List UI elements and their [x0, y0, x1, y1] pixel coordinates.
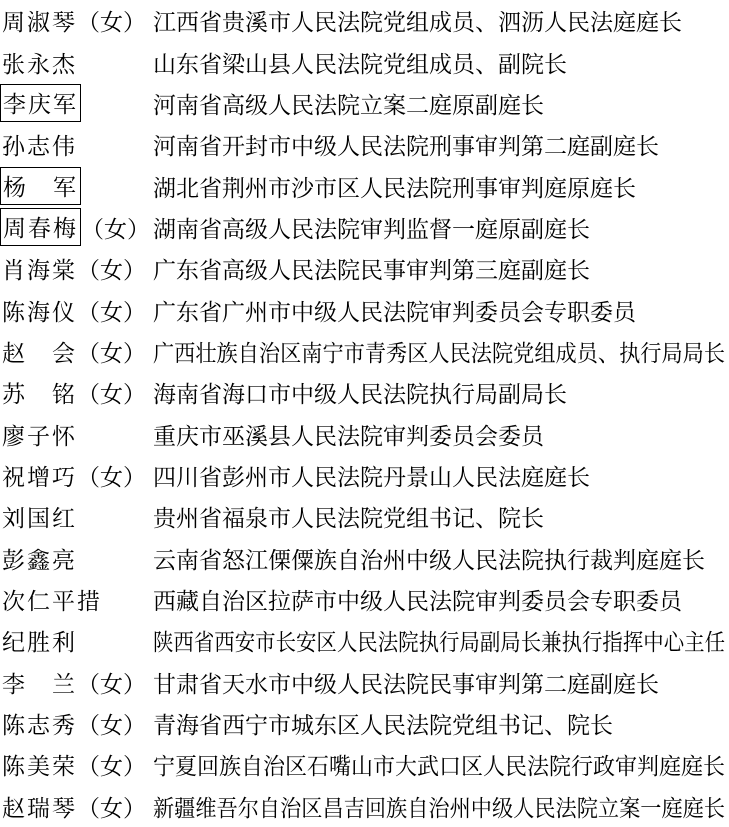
position-column: 广东省高级人民法院民事审判第三庭副庭长: [153, 252, 727, 285]
position-column: 河南省高级人民法院立案二庭原副庭长: [153, 87, 727, 120]
honoree-name: 周春梅: [0, 208, 81, 246]
honoree-name: 陈美荣: [2, 748, 77, 781]
honoree-name: 彭鑫亮: [2, 542, 77, 575]
honoree-position: 云南省怒江傈僳族自治州中级人民法院执行裁判庭庭长: [153, 542, 705, 575]
honoree-row: 肖海棠 （女） 广东省高级人民法院民事审判第三庭副庭长: [0, 248, 729, 289]
position-column: 西藏自治区拉萨市中级人民法院审判委员会专职委员: [153, 583, 727, 616]
name-column: 廖子怀: [0, 418, 153, 451]
honoree-name: 李庆军: [0, 84, 81, 122]
honoree-position: 河南省开封市中级人民法院刑事审判第二庭副庭长: [153, 128, 659, 161]
position-column: 贵州省福泉市人民法院党组书记、院长: [153, 500, 727, 533]
position-column: 海南省海口市中级人民法院执行局副局长: [153, 376, 727, 409]
position-column: 湖北省荆州市沙市区人民法院刑事审判庭原庭长: [153, 170, 727, 203]
honoree-position: 广东省高级人民法院民事审判第三庭副庭长: [153, 252, 590, 285]
name-column: 刘国红: [0, 500, 153, 533]
gender-label: （女）: [77, 707, 146, 740]
honoree-row: 次仁平措 西藏自治区拉萨市中级人民法院审判委员会专职委员: [0, 579, 729, 620]
gender-label: （女）: [81, 211, 150, 244]
honoree-position: 山东省梁山县人民法院党组成员、副院长: [153, 46, 567, 79]
honoree-name: 陈海仪: [2, 294, 77, 327]
name-column: 肖海棠 （女）: [0, 252, 153, 285]
honoree-position: 西藏自治区拉萨市中级人民法院审判委员会专职委员: [153, 583, 682, 616]
honoree-row: 陈海仪 （女） 广东省广州市中级人民法院审判委员会专职委员: [0, 289, 729, 330]
honoree-name: 纪胜利: [2, 624, 77, 657]
honoree-name: 肖海棠: [2, 252, 77, 285]
position-column: 陕西省西安市长安区人民法院执行局副局长兼执行指挥中心主任: [153, 624, 727, 657]
honoree-row: 李庆军 河南省高级人民法院立案二庭原副庭长: [0, 83, 729, 124]
gender-label: （女）: [77, 335, 146, 368]
honoree-row: 刘国红 贵州省福泉市人民法院党组书记、院长: [0, 496, 729, 537]
name-column: 杨 军: [0, 167, 153, 205]
honoree-row: 李 兰 （女） 甘肃省天水市中级人民法院民事审判第二庭副庭长: [0, 662, 729, 703]
position-column: 江西省贵溪市人民法院党组成员、泗沥人民法庭庭长: [153, 4, 727, 37]
honoree-row: 赵瑞琴 （女） 新疆维吾尔自治区昌吉回族自治州中级人民法院立案一庭庭长: [0, 786, 729, 827]
honoree-position: 湖南省高级人民法院审判监督一庭原副庭长: [153, 211, 590, 244]
honoree-row: 纪胜利 陕西省西安市长安区人民法院执行局副局长兼执行指挥中心主任: [0, 620, 729, 661]
honoree-position: 海南省海口市中级人民法院执行局副局长: [153, 376, 567, 409]
honoree-name: 廖子怀: [2, 418, 77, 451]
honoree-position: 江西省贵溪市人民法院党组成员、泗沥人民法庭庭长: [153, 4, 682, 37]
position-column: 广东省广州市中级人民法院审判委员会专职委员: [153, 294, 727, 327]
position-column: 重庆市巫溪县人民法院审判委员会委员: [153, 418, 727, 451]
name-column: 孙志伟: [0, 128, 153, 161]
name-column: 陈海仪 （女）: [0, 294, 153, 327]
name-column: 祝增巧 （女）: [0, 459, 153, 492]
gender-label: （女）: [77, 376, 146, 409]
honoree-position: 贵州省福泉市人民法院党组书记、院长: [153, 500, 544, 533]
position-column: 甘肃省天水市中级人民法院民事审判第二庭副庭长: [153, 666, 727, 699]
honoree-name: 张永杰: [2, 46, 77, 79]
name-column: 纪胜利: [0, 624, 153, 657]
position-column: 青海省西宁市城东区人民法院党组书记、院长: [153, 707, 727, 740]
honoree-row: 陈志秀 （女） 青海省西宁市城东区人民法院党组书记、院长: [0, 703, 729, 744]
honoree-list: 周淑琴 （女） 江西省贵溪市人民法院党组成员、泗沥人民法庭庭长 张永杰 山东省梁…: [0, 0, 729, 827]
honoree-position: 陕西省西安市长安区人民法院执行局副局长兼执行指挥中心主任: [153, 624, 725, 657]
gender-label: （女）: [77, 790, 146, 823]
honoree-row: 杨 军 湖北省荆州市沙市区人民法院刑事审判庭原庭长: [0, 165, 729, 206]
gender-label: （女）: [77, 294, 146, 327]
gender-label: （女）: [77, 666, 146, 699]
name-column: 苏 铭 （女）: [0, 376, 153, 409]
honoree-name: 赵瑞琴: [2, 790, 77, 823]
honoree-position: 新疆维吾尔自治区昌吉回族自治州中级人民法院立案一庭庭长: [153, 790, 725, 823]
name-column: 周淑琴 （女）: [0, 4, 153, 37]
name-column: 赵 会 （女）: [0, 335, 153, 368]
honoree-row: 赵 会 （女） 广西壮族自治区南宁市青秀区人民法院党组成员、执行局局长: [0, 331, 729, 372]
gender-label: （女）: [77, 748, 146, 781]
position-column: 山东省梁山县人民法院党组成员、副院长: [153, 46, 727, 79]
honoree-row: 祝增巧 （女） 四川省彭州市人民法院丹景山人民法庭庭长: [0, 455, 729, 496]
honoree-name: 赵 会: [2, 335, 77, 368]
honoree-row: 陈美荣 （女） 宁夏回族自治区石嘴山市大武口区人民法院行政审判庭庭长: [0, 744, 729, 785]
honoree-position: 甘肃省天水市中级人民法院民事审判第二庭副庭长: [153, 666, 659, 699]
name-column: 次仁平措: [0, 583, 153, 616]
document-page: 周淑琴 （女） 江西省贵溪市人民法院党组成员、泗沥人民法庭庭长 张永杰 山东省梁…: [0, 0, 729, 827]
position-column: 广西壮族自治区南宁市青秀区人民法院党组成员、执行局局长: [153, 335, 727, 368]
name-column: 李庆军: [0, 84, 153, 122]
honoree-name: 次仁平措: [2, 583, 102, 616]
gender-label: （女）: [77, 4, 146, 37]
honoree-position: 河南省高级人民法院立案二庭原副庭长: [153, 87, 544, 120]
honoree-name: 孙志伟: [2, 128, 77, 161]
honoree-row: 彭鑫亮 云南省怒江傈僳族自治州中级人民法院执行裁判庭庭长: [0, 537, 729, 578]
name-column: 周春梅 （女）: [0, 208, 153, 246]
honoree-row: 张永杰 山东省梁山县人民法院党组成员、副院长: [0, 41, 729, 82]
honoree-name: 杨 军: [0, 167, 81, 205]
honoree-row: 苏 铭 （女） 海南省海口市中级人民法院执行局副局长: [0, 372, 729, 413]
honoree-position: 青海省西宁市城东区人民法院党组书记、院长: [153, 707, 613, 740]
honoree-row: 孙志伟 河南省开封市中级人民法院刑事审判第二庭副庭长: [0, 124, 729, 165]
position-column: 宁夏回族自治区石嘴山市大武口区人民法院行政审判庭庭长: [153, 748, 727, 781]
position-column: 湖南省高级人民法院审判监督一庭原副庭长: [153, 211, 727, 244]
gender-label: （女）: [77, 459, 146, 492]
honoree-name: 陈志秀: [2, 707, 77, 740]
honoree-name: 祝增巧: [2, 459, 77, 492]
honoree-position: 宁夏回族自治区石嘴山市大武口区人民法院行政审判庭庭长: [153, 748, 725, 781]
name-column: 赵瑞琴 （女）: [0, 790, 153, 823]
honoree-position: 广西壮族自治区南宁市青秀区人民法院党组成员、执行局局长: [153, 335, 725, 368]
honoree-name: 李 兰: [2, 666, 77, 699]
name-column: 陈志秀 （女）: [0, 707, 153, 740]
honoree-position: 广东省广州市中级人民法院审判委员会专职委员: [153, 294, 636, 327]
honoree-row: 周淑琴 （女） 江西省贵溪市人民法院党组成员、泗沥人民法庭庭长: [0, 0, 729, 41]
name-column: 张永杰: [0, 46, 153, 79]
name-column: 彭鑫亮: [0, 542, 153, 575]
position-column: 四川省彭州市人民法院丹景山人民法庭庭长: [153, 459, 727, 492]
honoree-name: 苏 铭: [2, 376, 77, 409]
name-column: 陈美荣 （女）: [0, 748, 153, 781]
honoree-name: 刘国红: [2, 500, 77, 533]
position-column: 新疆维吾尔自治区昌吉回族自治州中级人民法院立案一庭庭长: [153, 790, 727, 823]
honoree-name: 周淑琴: [2, 4, 77, 37]
honoree-position: 湖北省荆州市沙市区人民法院刑事审判庭原庭长: [153, 170, 636, 203]
honoree-position: 重庆市巫溪县人民法院审判委员会委员: [153, 418, 544, 451]
name-column: 李 兰 （女）: [0, 666, 153, 699]
honoree-row: 廖子怀 重庆市巫溪县人民法院审判委员会委员: [0, 413, 729, 454]
position-column: 河南省开封市中级人民法院刑事审判第二庭副庭长: [153, 128, 727, 161]
honoree-position: 四川省彭州市人民法院丹景山人民法庭庭长: [153, 459, 590, 492]
gender-label: （女）: [77, 252, 146, 285]
position-column: 云南省怒江傈僳族自治州中级人民法院执行裁判庭庭长: [153, 542, 727, 575]
honoree-row: 周春梅 （女） 湖南省高级人民法院审判监督一庭原副庭长: [0, 207, 729, 248]
